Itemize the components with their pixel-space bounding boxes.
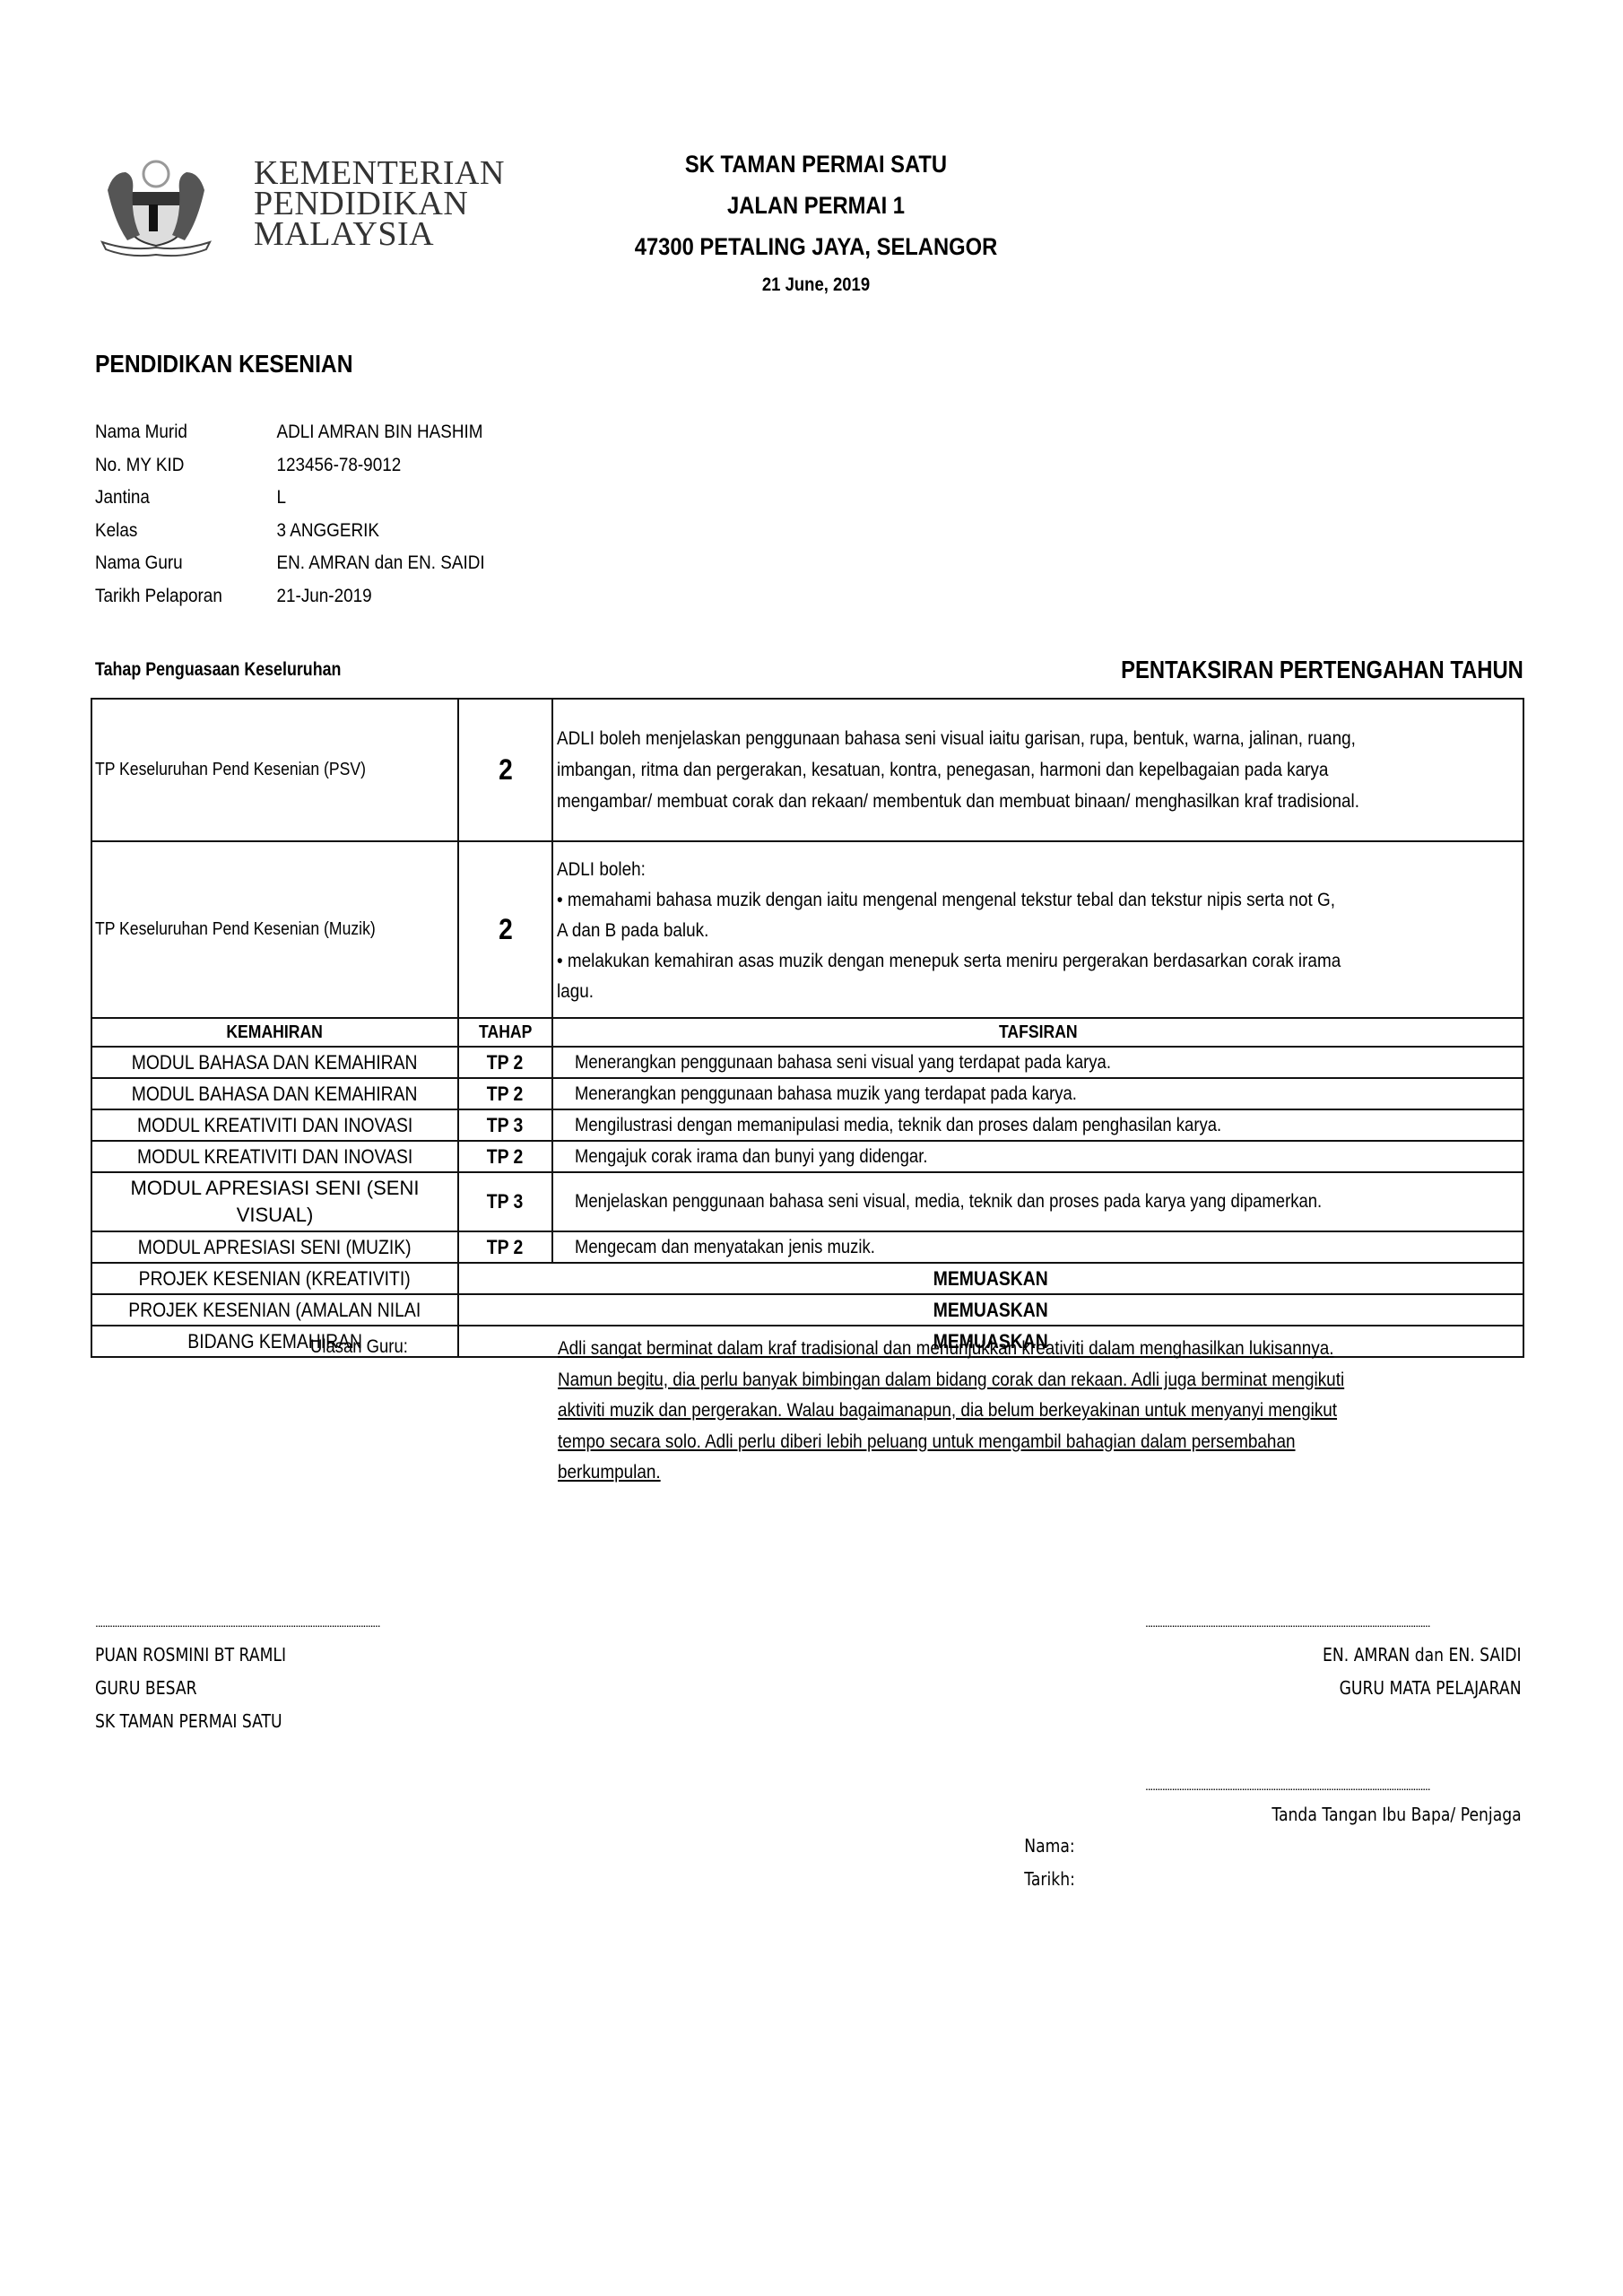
table-row: MODUL BAHASA DAN KEMAHIRAN TP 2 Menerang… — [91, 1047, 1523, 1078]
skill-level: TP 2 — [458, 1078, 552, 1109]
table-row: MODUL APRESIASI SENI (SENI VISUAL) TP 3 … — [91, 1172, 1523, 1231]
project-row: PROJEK KESENIAN (KREATIVITI) MEMUASKAN — [91, 1263, 1523, 1294]
info-row-teacher: Nama GuruEN. AMRAN dan EN. SAIDI — [95, 552, 485, 586]
parent-name-label: Nama: — [1024, 1830, 1075, 1863]
skill-description: Menerangkan penggunaan bahasa muzik yang… — [552, 1078, 1523, 1109]
skill-level: TP 2 — [458, 1047, 552, 1078]
headmaster-school: SK TAMAN PERMAI SATU — [95, 1705, 286, 1738]
info-value: EN. AMRAN dan EN. SAIDI — [277, 552, 485, 586]
table-row: MODUL KREATIVITI DAN INOVASI TP 2 Mengaj… — [91, 1141, 1523, 1172]
skill-name: MODUL BAHASA DAN KEMAHIRAN — [91, 1078, 458, 1109]
info-row-report-date: Tarikh Pelaporan21-Jun-2019 — [95, 586, 485, 619]
info-value: 123456-78-9012 — [277, 455, 402, 488]
skill-description: Menerangkan penggunaan bahasa seni visua… — [552, 1047, 1523, 1078]
overall-row-muzik: TP Keseluruhan Pend Kesenian (Muzik) 2 A… — [91, 841, 1523, 1018]
teacher-title: GURU MATA PELAJARAN — [1323, 1672, 1522, 1705]
info-value: 3 ANGGERIK — [277, 520, 379, 553]
table-row: MODUL BAHASA DAN KEMAHIRAN TP 2 Menerang… — [91, 1078, 1523, 1109]
skill-level: TP 2 — [458, 1231, 552, 1263]
skill-name: MODUL KREATIVITI DAN INOVASI — [91, 1141, 458, 1172]
school-name: SK TAMAN PERMAI SATU — [571, 143, 1061, 185]
school-address-2: 47300 PETALING JAYA, SELANGOR — [571, 226, 1061, 267]
overall-value: 2 — [458, 699, 552, 841]
ministry-name: KEMENTERIAN PENDIDIKAN MALAYSIA — [254, 158, 505, 249]
info-value: 21-Jun-2019 — [277, 586, 372, 619]
review-line: tempo secara solo. Adli perlu diberi leb… — [558, 1426, 1426, 1457]
info-value: L — [277, 487, 287, 520]
skill-description: Menjelaskan penggunaan bahasa seni visua… — [552, 1172, 1523, 1231]
report-date: 21 June, 2019 — [571, 267, 1061, 303]
info-label: Jantina — [95, 487, 277, 520]
info-row-gender: JantinaL — [95, 487, 485, 520]
school-address-1: JALAN PERMAI 1 — [571, 185, 1061, 226]
overall-description: ADLI boleh: • memahami bahasa muzik deng… — [552, 841, 1523, 1018]
info-value: ADLI AMRAN BIN HASHIM — [277, 422, 483, 455]
skill-level: TP 3 — [458, 1172, 552, 1231]
skill-level: TP 3 — [458, 1109, 552, 1141]
headmaster-signature-block: PUAN ROSMINI BT RAMLI GURU BESAR SK TAMA… — [95, 1639, 286, 1738]
section-title-overall: Tahap Penguasaan Keseluruhan — [95, 659, 341, 681]
teacher-signature-line: ........................................… — [1145, 1617, 1522, 1631]
assessment-table: TP Keseluruhan Pend Kesenian (PSV) 2 ADL… — [91, 698, 1524, 1358]
skill-description: Mengilustrasi dengan memanipulasi media,… — [552, 1109, 1523, 1141]
project-row: PROJEK KESENIAN (AMALAN NILAI MEMUASKAN — [91, 1294, 1523, 1326]
review-label: Ulasan Guru: — [310, 1336, 408, 1358]
overall-label: TP Keseluruhan Pend Kesenian (PSV) — [91, 699, 458, 841]
headmaster-title: GURU BESAR — [95, 1672, 286, 1705]
skill-description: Mengajuk corak irama dan bunyi yang dide… — [552, 1141, 1523, 1172]
skill-name: MODUL KREATIVITI DAN INOVASI — [91, 1109, 458, 1141]
headmaster-name: PUAN ROSMINI BT RAMLI — [95, 1639, 286, 1672]
review-line: aktiviti muzik dan pergerakan. Walau bag… — [558, 1395, 1426, 1426]
ministry-logo — [99, 154, 213, 260]
headmaster-signature-line: ........................................… — [95, 1617, 472, 1631]
skill-level: TP 2 — [458, 1141, 552, 1172]
parent-date-label: Tarikh: — [1024, 1863, 1075, 1896]
info-row-class: Kelas3 ANGGERIK — [95, 520, 485, 553]
overall-description: ADLI boleh menjelaskan penggunaan bahasa… — [552, 699, 1523, 841]
malaysia-coat-of-arms-icon — [99, 154, 213, 260]
header-tahap: TAHAP — [458, 1018, 552, 1047]
info-row-name: Nama MuridADLI AMRAN BIN HASHIM — [95, 422, 485, 455]
header-tafsiran: TAFSIRAN — [552, 1018, 1523, 1047]
review-line: Adli sangat berminat dalam kraf tradisio… — [558, 1333, 1426, 1364]
skill-name: MODUL APRESIASI SENI (SENI VISUAL) — [91, 1172, 458, 1231]
skills-header-row: KEMAHIRAN TAHAP TAFSIRAN — [91, 1018, 1523, 1047]
assessment-title: PENTAKSIRAN PERTENGAHAN TAHUN — [1121, 656, 1523, 684]
info-label: No. MY KID — [95, 455, 277, 488]
skill-name: MODUL BAHASA DAN KEMAHIRAN — [91, 1047, 458, 1078]
table-row: MODUL APRESIASI SENI (MUZIK) TP 2 Mengec… — [91, 1231, 1523, 1263]
overall-label: TP Keseluruhan Pend Kesenian (Muzik) — [91, 841, 458, 1018]
ministry-line-3: MALAYSIA — [254, 219, 505, 249]
overall-value: 2 — [458, 841, 552, 1018]
ministry-line-2: PENDIDIKAN — [254, 188, 505, 219]
subject-title: PENDIDIKAN KESENIAN — [95, 350, 352, 378]
info-label: Tarikh Pelaporan — [95, 586, 277, 619]
header-kemahiran: KEMAHIRAN — [91, 1018, 458, 1047]
review-line: Namun begitu, dia perlu banyak bimbingan… — [558, 1364, 1426, 1396]
school-header: SK TAMAN PERMAI SATU JALAN PERMAI 1 4730… — [538, 143, 1094, 303]
project-name: PROJEK KESENIAN (KREATIVITI) — [91, 1263, 458, 1294]
project-name: PROJEK KESENIAN (AMALAN NILAI — [91, 1294, 458, 1326]
project-result: MEMUASKAN — [458, 1294, 1523, 1326]
review-line: berkumpulan. — [558, 1457, 1426, 1488]
info-label: Kelas — [95, 520, 277, 553]
parent-signature-line: ........................................… — [1145, 1780, 1522, 1795]
project-result: MEMUASKAN — [458, 1263, 1523, 1294]
info-label: Nama Murid — [95, 422, 277, 455]
skill-description: Mengecam dan menyatakan jenis muzik. — [552, 1231, 1523, 1263]
overall-row-psv: TP Keseluruhan Pend Kesenian (PSV) 2 ADL… — [91, 699, 1523, 841]
student-info: Nama MuridADLI AMRAN BIN HASHIM No. MY K… — [95, 422, 528, 618]
ministry-line-1: KEMENTERIAN — [254, 158, 505, 188]
teacher-signature-block: EN. AMRAN dan EN. SAIDI GURU MATA PELAJA… — [1323, 1639, 1522, 1705]
info-label: Nama Guru — [95, 552, 277, 586]
teacher-review: Adli sangat berminat dalam kraf tradisio… — [558, 1333, 1544, 1488]
teacher-names: EN. AMRAN dan EN. SAIDI — [1323, 1639, 1522, 1672]
info-row-mykid: No. MY KID123456-78-9012 — [95, 455, 485, 488]
parent-signature-label: Tanda Tangan Ibu Bapa/ Penjaga — [1272, 1798, 1522, 1831]
skill-name: MODUL APRESIASI SENI (MUZIK) — [91, 1231, 458, 1263]
table-row: MODUL KREATIVITI DAN INOVASI TP 3 Mengil… — [91, 1109, 1523, 1141]
